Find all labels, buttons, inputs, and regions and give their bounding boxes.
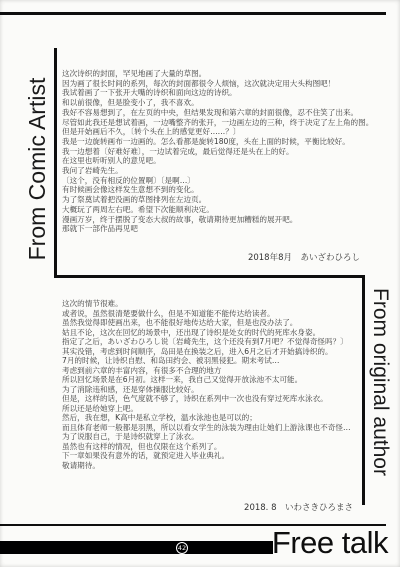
text-line: 大概玩了两周左右吧。希望下次能顺利决定。 bbox=[62, 205, 362, 215]
text-line: 在这里也听听别人的意见吧。 bbox=[62, 156, 362, 166]
text-line: 然后，我在想，K高中是私立学校，温水泳池也是可以的； bbox=[62, 413, 362, 423]
text-line: 和以前很像，但是脸变小了，我不喜欢。 bbox=[62, 98, 362, 108]
text-line: 那就下一部作品再见吧 bbox=[62, 224, 362, 234]
text-line: 而且体育老师一般都是羽黑，所以以看女学生的泳装为理由让她们上游泳课也不奇怪… bbox=[62, 423, 362, 433]
left-divider-rule bbox=[54, 48, 57, 278]
footer-bar: 42 bbox=[0, 541, 273, 554]
text-line: 虽然也有这样的情况，但也仅限在这个系列了。 bbox=[62, 442, 362, 452]
text-line: 所以回忆场景是在6月初。这样一来，我自己又觉得开放泳池不太可能。 bbox=[62, 375, 362, 385]
text-line: 或者说，虽然很清楚要做什么，但是不知道能不能传达给读者。 bbox=[62, 309, 362, 319]
text-line: 姑且不论，这次在回忆的场景中，还出现了诗织是处女的时代的死库水身姿。 bbox=[62, 328, 362, 338]
middle-divider-rule bbox=[54, 275, 365, 278]
text-line: 尽管如此我还是想试着画，一边嘴整齐的张开，一边画左边的三种，终于决定了左上角的图… bbox=[62, 118, 362, 128]
author-signature-date: 2018. 8 いわさきひろまさ bbox=[244, 501, 353, 513]
author-side-label: From original author bbox=[364, 281, 392, 483]
text-line: 我好不容易想到了，在左页的中央，但结果发现和第六章的封面很像，忍不住笑了出来。 bbox=[62, 108, 362, 118]
text-line: 为了消除违和感，还是穿体操服比较好。 bbox=[62, 385, 362, 395]
text-line: 我一边想着〔好难好难〕，一边试着完成，最后觉得还是头在上的好。 bbox=[62, 147, 362, 157]
text-line: 我问了岩崎先生。 bbox=[62, 166, 362, 176]
author-comments-block: 这次的情节很难。或者说，虽然很清楚要做什么，但是不知道能不能传达给读者。虽然我觉… bbox=[62, 299, 362, 470]
text-line: 漫画万岁，终于摆脱了变态大叔的故事，敬请期待更加糟糕的展开吧。 bbox=[62, 215, 362, 225]
text-line: 下一章如果没有意外的话，就预定进入毕业典礼。 bbox=[62, 451, 362, 461]
page-number-badge: 42 bbox=[176, 542, 188, 554]
text-line: 〔这个，没有相反的位置啊〕〔是啊…〕 bbox=[62, 176, 362, 186]
artist-signature-date: 2018年8月 あいざわひろし bbox=[248, 251, 360, 263]
text-line: 有时候画会像这样发生意想不到的变化。 bbox=[62, 185, 362, 195]
text-line: 敬请期待。 bbox=[62, 461, 362, 471]
text-line: 为了祭奠试着把没画的草图排列在左边页。 bbox=[62, 195, 362, 205]
text-line: 考虑到前六章的丰富内容，有很多不合理的地方 bbox=[62, 366, 362, 376]
text-line: 但是开始画后不久，〔转个头在上的感觉更好……？〕 bbox=[62, 127, 362, 137]
afterword-page: From Comic Artist 这次诗织的封面，罕见地画了大量的草图。因为画… bbox=[0, 0, 400, 567]
free-talk-title: Free talk bbox=[272, 526, 388, 560]
text-line: 虽然我觉得即使画出来，也不能很好地传达给大家，但是也没办法了。 bbox=[62, 318, 362, 328]
text-line: 我是一边旋转画布一边画的。怎么看都是旋转180度，头在上面的时候，平衡比较好。 bbox=[62, 137, 362, 147]
text-line: 其实没错，考虑到时间顺序，岛田是在换装之后，进入6月之后才开始搞诗织的。 bbox=[62, 347, 362, 357]
text-line: 但是，这样的话，色气度就不够了，诗织在系列中一次也没有穿过死库水泳衣。 bbox=[62, 394, 362, 404]
text-line: 7月的时候，让诗织自慰、和岛田约会、被羽黑侵犯。期末考试… bbox=[62, 356, 362, 366]
text-line: 我试着画了一下张开大嘴的诗织和面向这边的诗织。 bbox=[62, 88, 362, 98]
artist-comments-block: 这次诗织的封面，罕见地画了大量的草图。因为画了很长时间的系列，每次的封面都很令人… bbox=[62, 69, 362, 234]
top-rule bbox=[0, 12, 386, 15]
text-line: 为了说服自己，于是诗织就穿上了泳衣。 bbox=[62, 432, 362, 442]
text-line: 这次的情节很难。 bbox=[62, 299, 362, 309]
artist-side-label: From Comic Artist bbox=[24, 68, 56, 270]
text-line: 所以还是给她穿上吧。 bbox=[62, 404, 362, 414]
text-line: 因为画了很长时间的系列，每次的封面都很令人烦恼，这次就决定用大头构图吧！ bbox=[62, 79, 362, 89]
text-line: 指定了之后，あいざわひろし说〔岩崎先生，这个还没有到7月吧？不觉得奇怪吗？〕 bbox=[62, 337, 362, 347]
text-line: 这次诗织的封面，罕见地画了大量的草图。 bbox=[62, 69, 362, 79]
